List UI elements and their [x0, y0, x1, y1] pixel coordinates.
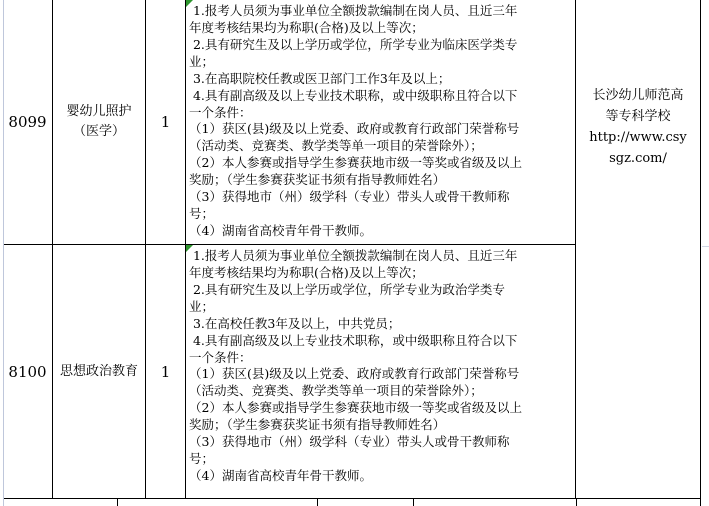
text-line: 4.具有副高级及以上专业技术职称，或中级职称且符合以下 — [189, 88, 573, 105]
text-line: （医学） — [73, 122, 125, 142]
requirements-cell[interactable]: 1.报考人员须为事业单位全额拨款编制在岗人员、且近三年年度考核结果均为称职(合格… — [186, 0, 576, 245]
text-line: （1）获区(县)级及以上党委、政府或教育行政部门荣誉称号 — [189, 121, 573, 138]
text-line: 一个条件： — [189, 350, 573, 367]
text-line: 1.报考人员须为事业单位全额拨款编制在岗人员、且近三年 — [189, 3, 573, 20]
school-name-and-url[interactable]: 长沙幼儿师范高等专科学校http://www.csysgz.com/ — [576, 85, 700, 169]
text-line: 思想政治教育 — [60, 362, 138, 382]
sheet-gridline-vertical — [3, 0, 4, 506]
text-line: 婴幼儿照护 — [66, 102, 131, 122]
text-line: 2.具有研究生及以上学历或学位，所学专业为政治学类专 — [189, 282, 573, 299]
column-border-tick — [117, 499, 118, 506]
text-line: 1.报考人员须为事业单位全额拨款编制在岗人员、且近三年 — [189, 248, 573, 265]
text-line: 号； — [189, 451, 573, 468]
cell-error-indicator-icon[interactable] — [186, 0, 193, 7]
text-line: 3.在高校任教3年及以上，中共党员； — [189, 316, 573, 333]
text-line: （4）湖南省高校青年骨干教师。 — [189, 468, 573, 485]
text-line: 3.在高职院校任教或医卫部门工作3年及以上； — [189, 71, 573, 88]
sheet-gridline-horizontal — [702, 246, 709, 247]
post-code: 8100 — [8, 363, 46, 381]
text-line: 等专科学校 — [576, 106, 700, 127]
text-line: （2）本人参赛或指导学生参赛获地市级一等奖或省级及以上 — [189, 400, 573, 417]
text-line: 长沙幼儿师范高 — [576, 85, 700, 106]
text-line: 4.具有副高级及以上专业技术职称，或中级职称且符合以下 — [189, 333, 573, 350]
cell-error-indicator-icon[interactable] — [186, 245, 193, 252]
headcount: 1 — [161, 363, 171, 381]
school-cell[interactable]: 长沙幼儿师范高等专科学校http://www.csysgz.com/ — [576, 0, 701, 499]
spreadsheet-canvas: 8099 婴幼儿照护（医学） 1 1.报考人员须为事业单位全额拨款编制在岗人员、… — [0, 0, 709, 506]
text-line: 年度考核结果均为称职(合格)及以上等次； — [189, 20, 573, 37]
text-line: （活动类、竞赛类、教学类等单一项目的荣誉除外）； — [189, 383, 573, 400]
next-row-partial — [3, 499, 701, 506]
text-line: （2）本人参赛或指导学生参赛获地市级一等奖或省级及以上 — [189, 155, 573, 172]
post-code-cell[interactable]: 8100 — [3, 245, 53, 499]
text-line: http://www.csy — [576, 127, 700, 148]
text-line: （3）获得地市（州）级学科（专业）带头人或骨干教师称 — [189, 189, 573, 206]
text-line: 奖励；（学生参赛获奖证书须有指导教师姓名） — [189, 417, 573, 434]
text-line: （活动类、竞赛类、教学类等单一项目的荣誉除外）； — [189, 138, 573, 155]
column-border-tick — [700, 499, 701, 506]
text-line: 奖励；（学生参赛获奖证书须有指导教师姓名） — [189, 172, 573, 189]
text-line: sgz.com/ — [576, 148, 700, 169]
text-line: 号； — [189, 206, 573, 223]
text-line: （3）获得地市（州）级学科（专业）带头人或骨干教师称 — [189, 434, 573, 451]
column-border-tick — [576, 499, 577, 506]
requirements-cell[interactable]: 1.报考人员须为事业单位全额拨款编制在岗人员、且近三年年度考核结果均为称职(合格… — [186, 245, 576, 499]
text-line: 年度考核结果均为称职(合格)及以上等次； — [189, 265, 573, 282]
column-border-tick — [317, 499, 318, 506]
position-name-cell[interactable]: 思想政治教育 — [53, 245, 146, 499]
recruitment-table: 8099 婴幼儿照护（医学） 1 1.报考人员须为事业单位全额拨款编制在岗人员、… — [3, 0, 701, 506]
headcount-cell[interactable]: 1 — [146, 245, 186, 499]
text-line: 一个条件： — [189, 105, 573, 122]
text-line: （1）获区(县)级及以上党委、政府或教育行政部门荣誉称号 — [189, 366, 573, 383]
text-line: （4）湖南省高校青年骨干教师。 — [189, 223, 573, 240]
text-line: 业； — [189, 54, 573, 71]
headcount-cell[interactable]: 1 — [146, 0, 186, 245]
headcount: 1 — [161, 113, 171, 131]
column-border-tick — [413, 499, 414, 506]
text-line: 2.具有研究生及以上学历或学位，所学专业为临床医学类专 — [189, 37, 573, 54]
post-code-cell[interactable]: 8099 — [3, 0, 53, 245]
post-code: 8099 — [8, 113, 46, 131]
text-line: 业； — [189, 299, 573, 316]
position-name-cell[interactable]: 婴幼儿照护（医学） — [53, 0, 146, 245]
